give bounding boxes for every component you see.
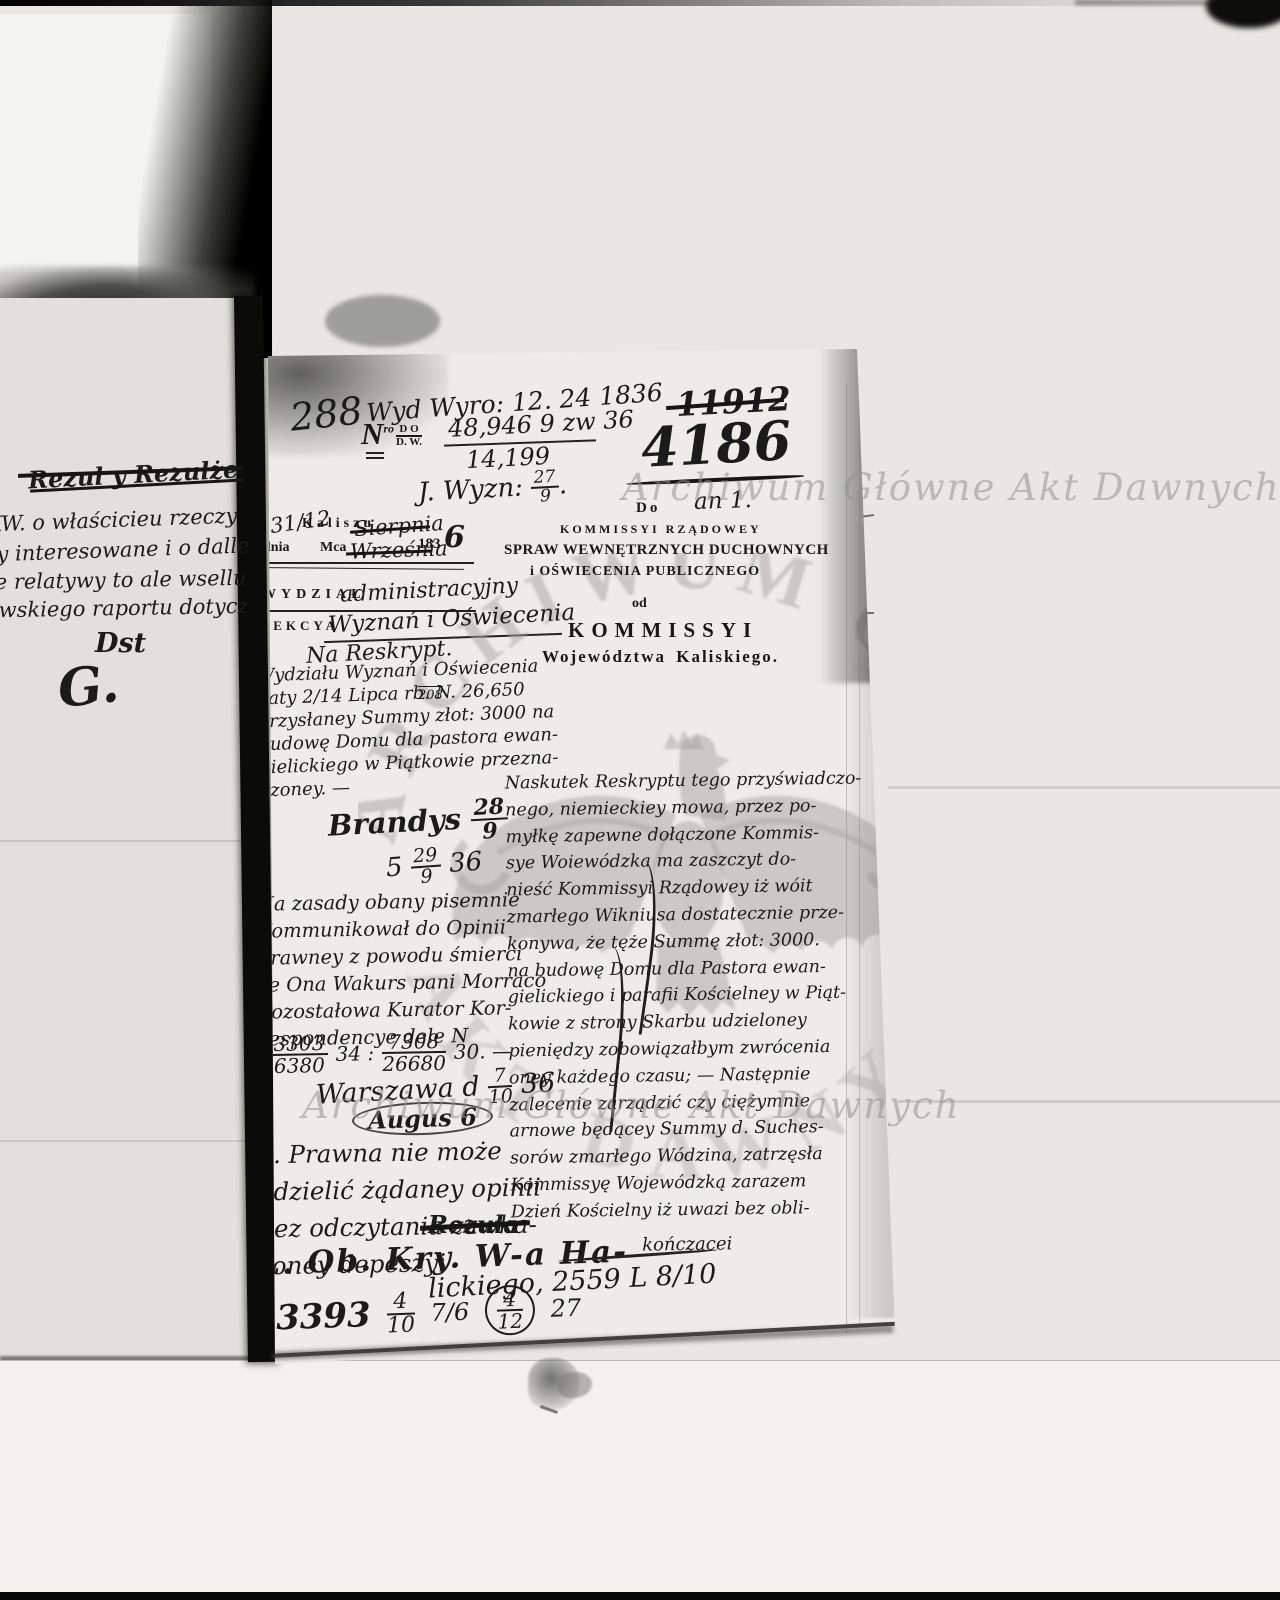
bottom-n2: 7/6	[430, 1298, 470, 1327]
number-label: Nro	[361, 416, 394, 452]
top-right-corner-blob	[1206, 0, 1280, 28]
do-dw-fraction: D O D. W.	[396, 424, 422, 448]
paragraph-line: S. Prawna nie może	[257, 1132, 538, 1174]
mca-label: Mca	[320, 540, 346, 556]
bottom-f2-bottom: 12	[497, 1311, 523, 1332]
bottom-circled-fraction: 412	[484, 1284, 535, 1336]
left-page-line: ie relatywy to ale wsellu	[0, 566, 247, 595]
spraw-line: SPRAW WEWNĘTRZNYCH DUCHOWNYCH	[504, 542, 829, 559]
brandys-frac-bottom: 9	[471, 819, 509, 843]
kommissyi-rzadowey: KOMMISSYI RZĄDOWEY	[560, 522, 762, 537]
left-page-flourish: G.	[55, 653, 122, 720]
left-page-notes: Rezul y Rezulże KW. o właścicieu rzeczy …	[0, 298, 249, 1364]
ref-frac-bottom: 9	[531, 488, 559, 506]
sum-tail: 30. —	[454, 1039, 513, 1064]
body-line: myłkę zapewne dołączone Kommis-	[505, 819, 857, 851]
bottom-f1-bottom: 10	[387, 1314, 416, 1337]
od-label: od	[632, 596, 647, 612]
left-page-line: ey interesowane i o dalle	[0, 533, 249, 566]
body-line: Dzień Kościelny iż uwazi bez obli-	[511, 1194, 863, 1226]
bottom-black-edge	[0, 1592, 1280, 1600]
body-line: gielickiego i parafii Kościelney w Piąt-	[508, 980, 860, 1012]
bottom-n1: 3393	[275, 1295, 371, 1338]
dnia-label: dnia	[263, 540, 289, 556]
body-closing: kończacei	[511, 1227, 863, 1262]
oswiecenia-line: i OŚWIECENIA PUBLICZNEGO	[530, 564, 760, 580]
kommissyi-big: KOMMISSYI	[568, 618, 758, 643]
sum-mid: 34 :	[335, 1041, 374, 1066]
ref-dot: .	[558, 470, 568, 500]
top-right-edge-streak	[1075, 0, 1215, 5]
left-page-line: owskiego raportu dotyczai	[0, 594, 249, 623]
year-digit: 6	[444, 520, 465, 555]
wojewodztwa-line: Województwa Kaliskiego.	[542, 647, 779, 667]
superscript-208: 208	[418, 686, 443, 703]
brandys-name: Brandys	[327, 802, 462, 843]
brandys-note: Brandys 289	[327, 795, 509, 850]
bottom-number-row: 3393 410 7/6 412 27	[275, 1283, 582, 1344]
body-line: sorów zmarłego Wódzina, zatrzęsła	[510, 1141, 862, 1173]
left-page-line: KW. o właścicieu rzeczy	[0, 504, 238, 537]
paragraph-line: udzielić żądaney opinii	[257, 1169, 538, 1211]
watermark-line-top: Archiwum Główne Akt Dawnych	[622, 466, 1280, 509]
left-column-paragraph: Wydziału Wyznań i Oświecenia daty 2/14 L…	[256, 656, 517, 803]
n-glyph: N	[361, 416, 383, 451]
bottom-backdrop	[0, 1360, 1280, 1592]
page-right-edge-smudge	[818, 343, 898, 683]
smudge-blob-2	[325, 295, 440, 347]
ref-label: J. Wyzn:	[417, 472, 523, 507]
backdrop-streak-1	[888, 786, 1280, 789]
disp-pre: 5	[385, 852, 404, 883]
folio-number: 288	[288, 388, 365, 439]
ref-line: J. Wyzn: 279.	[417, 468, 568, 512]
bottom-n3: 27	[550, 1294, 582, 1323]
main-body-text: Naskutek Reskryptu tego przyświadczo- ne…	[505, 766, 864, 1262]
disp-frac-bottom: 9	[411, 867, 442, 888]
watermark-line-bottom: Archiwum Główne Akt Dawnych	[302, 1084, 961, 1127]
frac-bottom: D. W.	[396, 437, 422, 448]
n-underline-2	[366, 457, 384, 459]
disp-post: 36	[448, 847, 483, 879]
n-sup: ro	[383, 422, 394, 436]
disposition-date: 5 299 36	[385, 843, 484, 890]
